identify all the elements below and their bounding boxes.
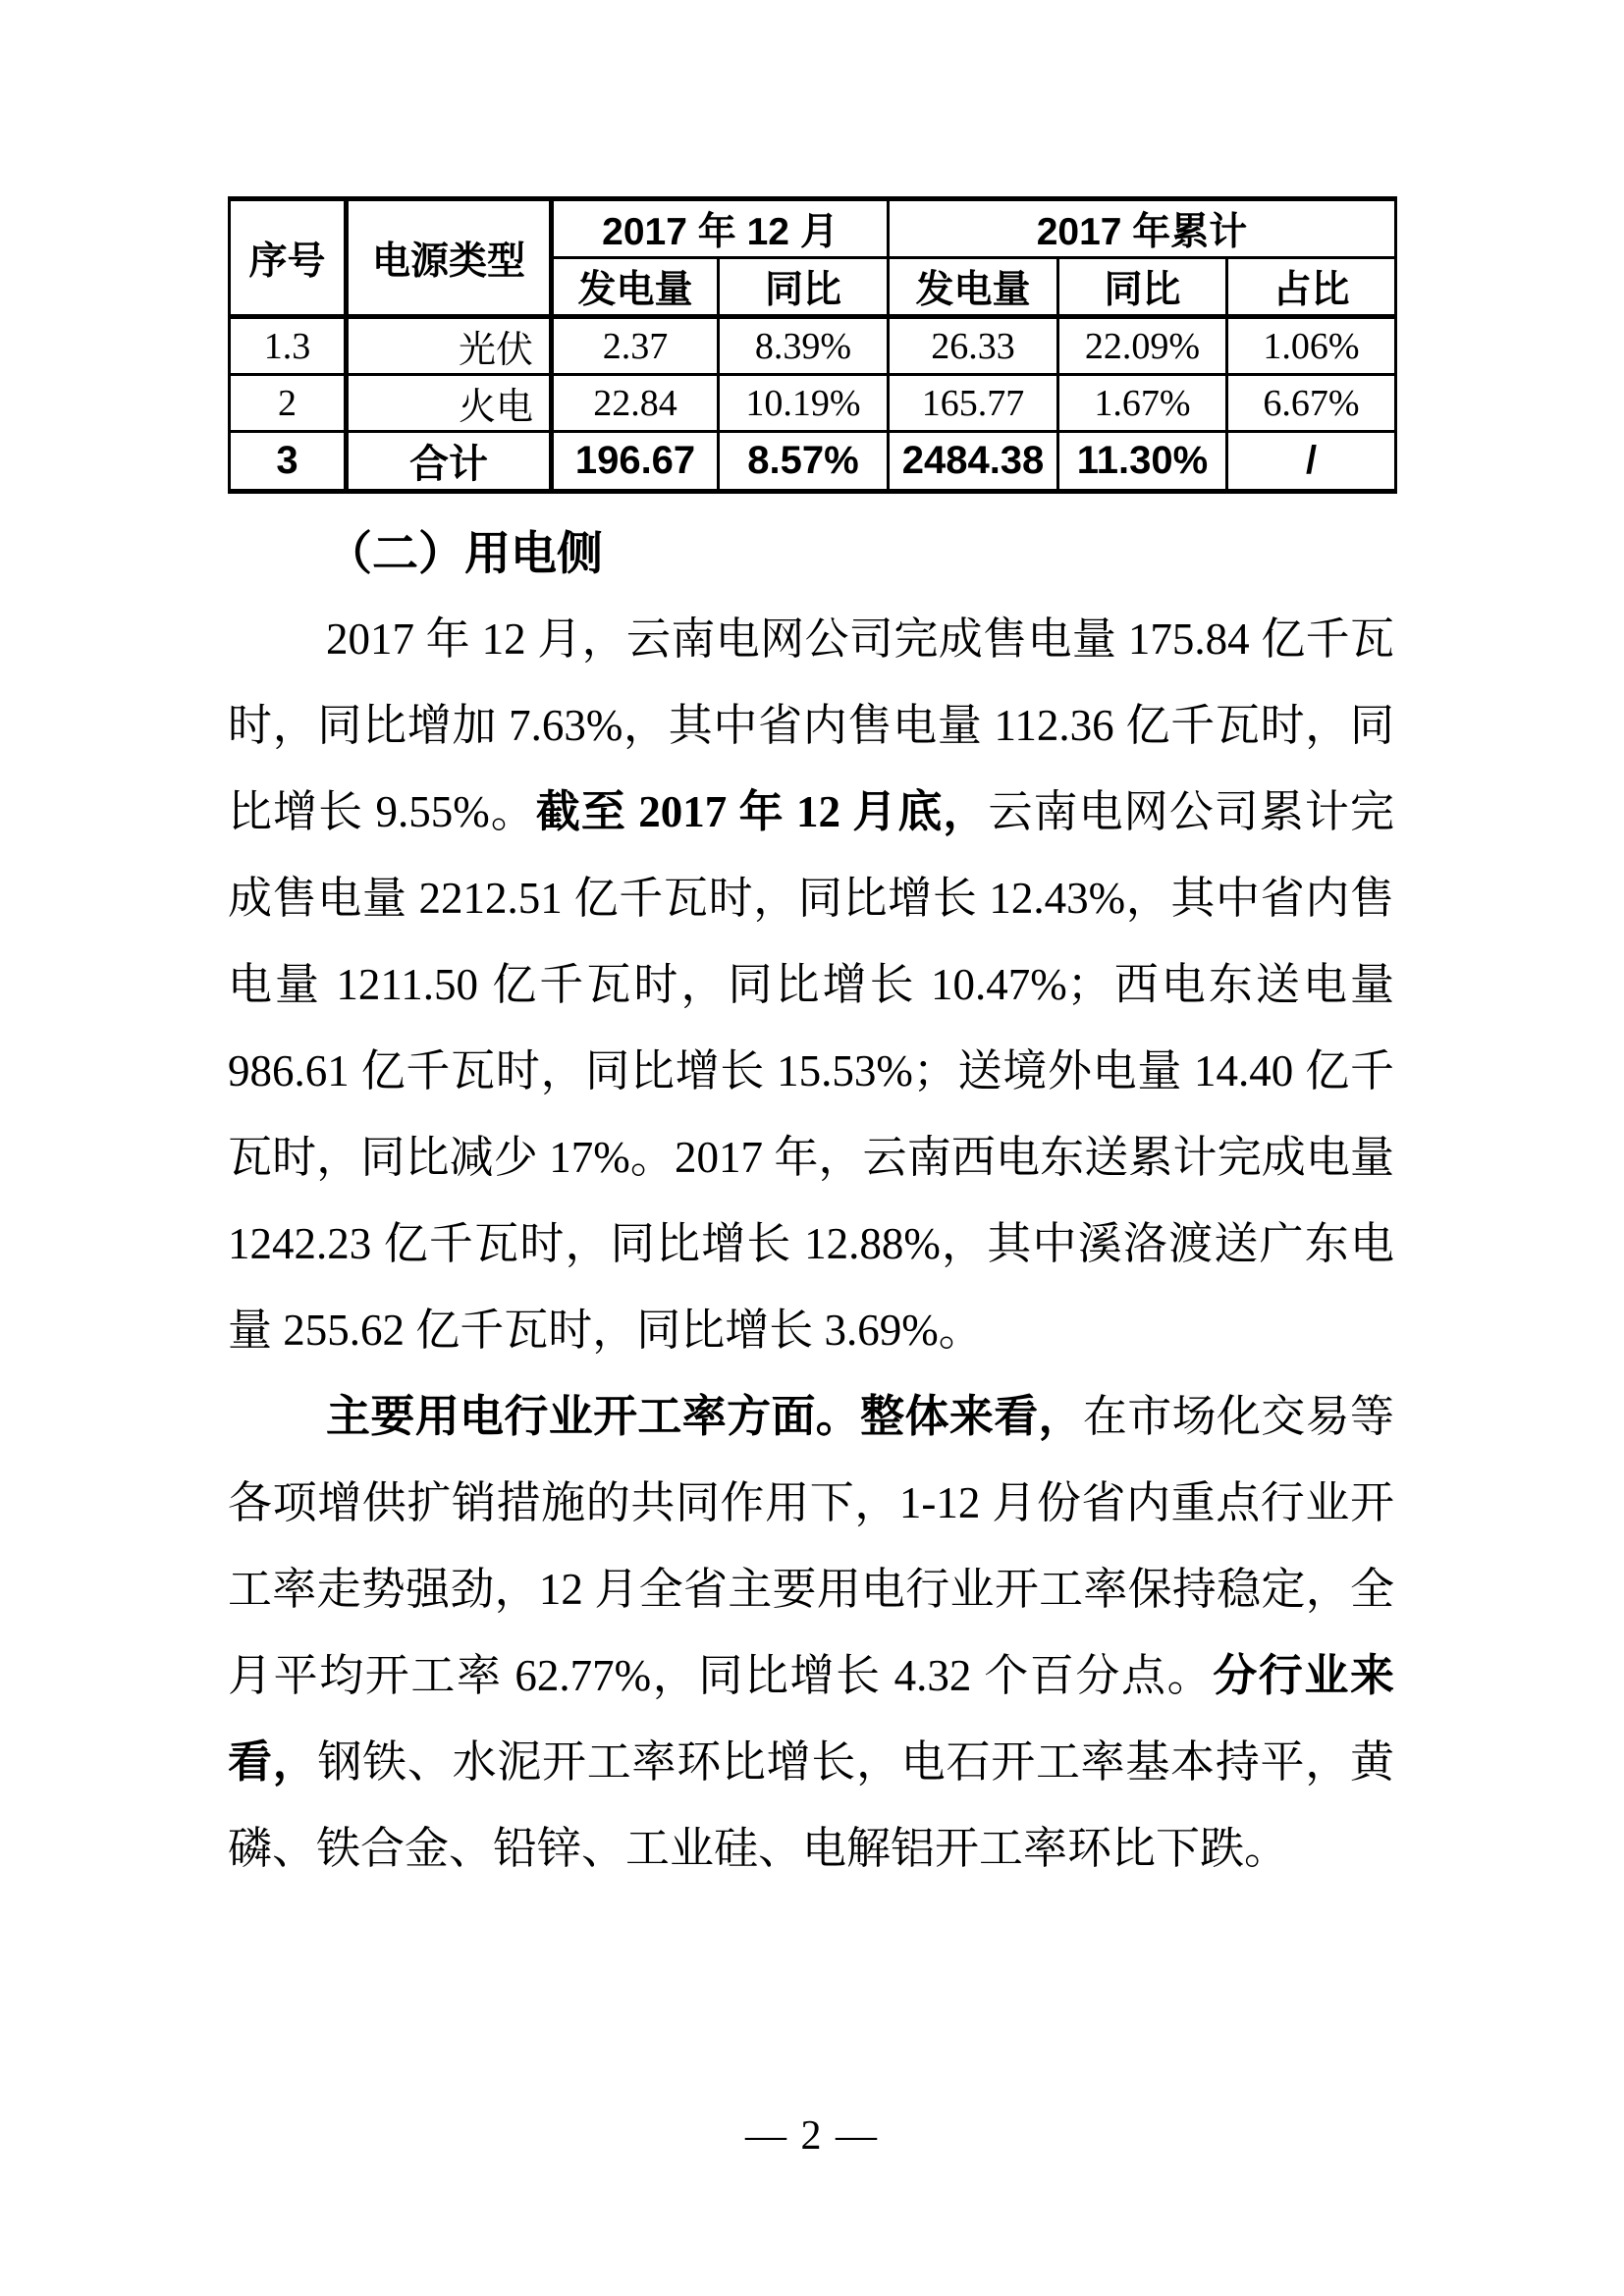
cell-share: / bbox=[1227, 432, 1396, 492]
text-run: 云南电网公司累计完成售电量 2212.51 亿千瓦时，同比增长 12.43%，其… bbox=[228, 787, 1394, 1355]
cell-yoy-dec: 10.19% bbox=[719, 375, 889, 432]
body-paragraph-operating-rate: 主要用电行业开工率方面。整体来看，在市场化交易等各项增供扩销措施的共同作用下，1… bbox=[228, 1373, 1394, 1892]
cell-seq: 2 bbox=[230, 375, 347, 432]
cell-generation-cum: 26.33 bbox=[889, 317, 1058, 375]
page-number: — 2 — bbox=[0, 2112, 1624, 2160]
table-row-total: 3 合计 196.67 8.57% 2484.38 11.30% / bbox=[230, 432, 1396, 492]
header-power-type: 电源类型 bbox=[347, 199, 552, 317]
cell-seq: 1.3 bbox=[230, 317, 347, 375]
bold-text-run: 主要用电行业开工率方面。整体来看， bbox=[326, 1392, 1083, 1441]
cell-generation-dec: 196.67 bbox=[552, 432, 719, 492]
text-run: 钢铁、水泥开工率环比增长，电石开工率基本持平，黄磷、铁合金、铅锌、工业硅、电解铝… bbox=[228, 1737, 1394, 1873]
table-header-row-1: 序号 电源类型 2017 年 12 月 2017 年累计 bbox=[230, 199, 1396, 258]
subheader-yoy-cum: 同比 bbox=[1058, 258, 1227, 317]
cell-share: 6.67% bbox=[1227, 375, 1396, 432]
cell-share: 1.06% bbox=[1227, 317, 1396, 375]
header-2017-december: 2017 年 12 月 bbox=[552, 199, 889, 258]
subheader-share: 占比 bbox=[1227, 258, 1396, 317]
cell-yoy-cum: 11.30% bbox=[1058, 432, 1227, 492]
section-heading: （二）用电侧 bbox=[228, 523, 1394, 584]
cell-generation-dec: 22.84 bbox=[552, 375, 719, 432]
subheader-generation-dec: 发电量 bbox=[552, 258, 719, 317]
subheader-yoy-dec: 同比 bbox=[719, 258, 889, 317]
document-page: 序号 电源类型 2017 年 12 月 2017 年累计 发电量 同比 发电量 … bbox=[0, 0, 1624, 2296]
cell-power-type: 合计 bbox=[347, 432, 552, 492]
table-row-pv: 1.3 光伏 2.37 8.39% 26.33 22.09% 1.06% bbox=[230, 317, 1396, 375]
header-2017-cumulative: 2017 年累计 bbox=[889, 199, 1396, 258]
cell-power-type: 光伏 bbox=[347, 317, 552, 375]
cell-yoy-dec: 8.57% bbox=[719, 432, 889, 492]
page-content: 序号 电源类型 2017 年 12 月 2017 年累计 发电量 同比 发电量 … bbox=[228, 196, 1394, 1892]
cell-generation-cum: 2484.38 bbox=[889, 432, 1058, 492]
cell-seq: 3 bbox=[230, 432, 347, 492]
cell-generation-cum: 165.77 bbox=[889, 375, 1058, 432]
cell-power-type: 火电 bbox=[347, 375, 552, 432]
generation-table: 序号 电源类型 2017 年 12 月 2017 年累计 发电量 同比 发电量 … bbox=[228, 196, 1397, 494]
cell-yoy-cum: 22.09% bbox=[1058, 317, 1227, 375]
table-row-thermal: 2 火电 22.84 10.19% 165.77 1.67% 6.67% bbox=[230, 375, 1396, 432]
header-seq: 序号 bbox=[230, 199, 347, 317]
body-paragraph-electricity-sales: 2017 年 12 月，云南电网公司完成售电量 175.84 亿千瓦时，同比增加… bbox=[228, 596, 1394, 1373]
cell-yoy-dec: 8.39% bbox=[719, 317, 889, 375]
cell-generation-dec: 2.37 bbox=[552, 317, 719, 375]
subheader-generation-cum: 发电量 bbox=[889, 258, 1058, 317]
cell-yoy-cum: 1.67% bbox=[1058, 375, 1227, 432]
bold-text-run: 截至 2017 年 12 月底， bbox=[536, 787, 989, 836]
